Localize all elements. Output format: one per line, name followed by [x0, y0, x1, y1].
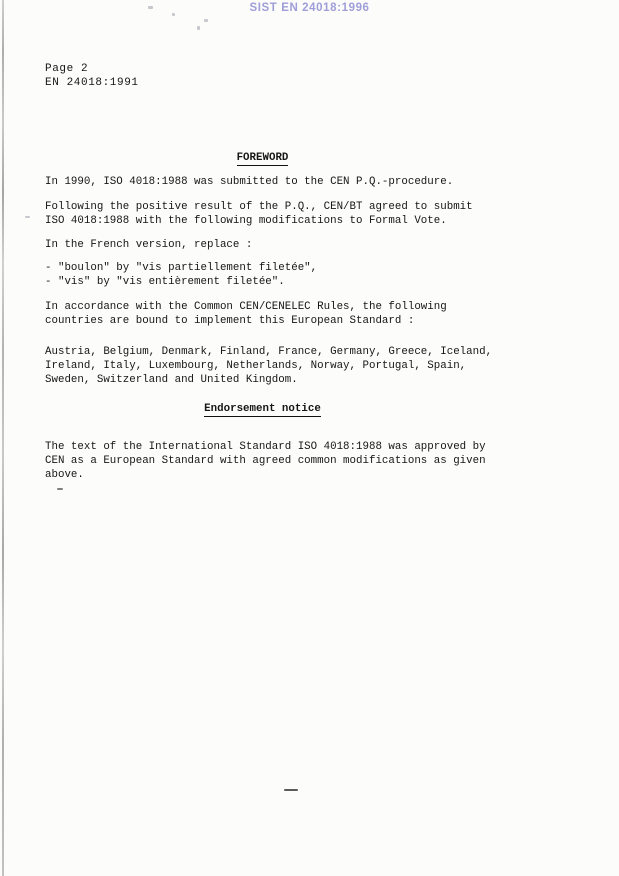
- endorsement-heading: Endorsement notice: [45, 402, 480, 416]
- paragraph-cen-cenelec-rules: In accordance with the Common CEN/CENELE…: [45, 300, 511, 328]
- paragraph-endorsement-body: The text of the International Standard I…: [45, 440, 511, 482]
- scanned-document-page: SIST EN 24018:1996 Page 2 EN 24018:1991 …: [0, 0, 619, 876]
- paragraph-country-list: Austria, Belgium, Denmark, Finland, Fran…: [45, 345, 511, 387]
- center-dash-artifact: [284, 789, 298, 791]
- paragraph-french-version: In the French version, replace :: [45, 238, 511, 252]
- watermark-standard-number: SIST EN 24018:1996: [0, 2, 619, 14]
- endorsement-heading-text: Endorsement notice: [204, 403, 321, 417]
- stray-dash-artifact: [57, 488, 63, 490]
- foreword-heading: FOREWORD: [45, 151, 480, 165]
- replacement-list: - "boulon" by "vis partiellement filetée…: [45, 261, 511, 289]
- foreword-heading-text: FOREWORD: [237, 152, 289, 166]
- scan-speck-artifact: [197, 26, 200, 30]
- paragraph-formal-vote: Following the positive result of the P.Q…: [45, 200, 511, 228]
- scan-speck-artifact: [25, 216, 30, 218]
- scan-speck-artifact: [204, 19, 208, 22]
- page-header: Page 2 EN 24018:1991: [45, 62, 139, 90]
- paragraph-pq-submission: In 1990, ISO 4018:1988 was submitted to …: [45, 175, 511, 189]
- scan-edge-artifact: [2, 0, 4, 876]
